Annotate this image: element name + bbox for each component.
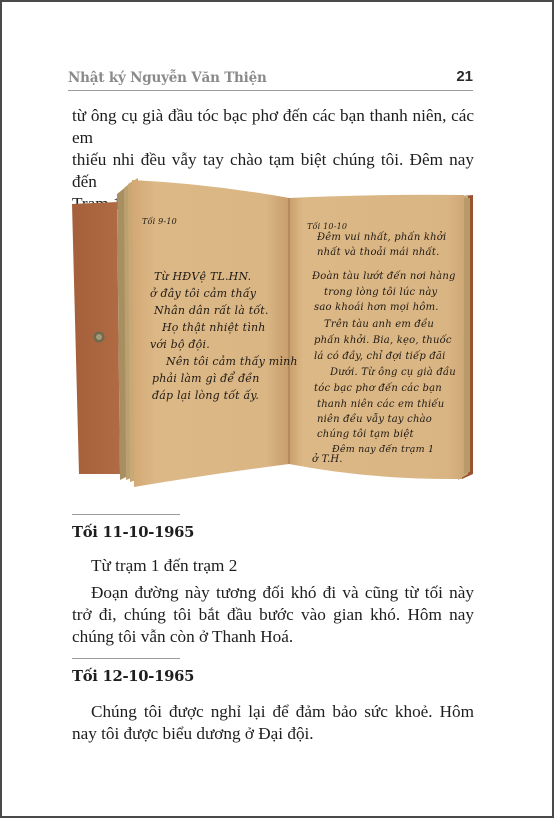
entry-heading: Tối 11-10-1965 — [72, 524, 194, 541]
handwriting-line: Họ thật nhiệt tình — [162, 321, 266, 334]
entry-paragraph: Đoạn đường này tương đối khó đi và cũng … — [72, 582, 474, 648]
page-number: 21 — [456, 68, 473, 85]
handwriting-line: thanh niên các em thiếu — [317, 399, 444, 410]
handwriting-line: nhất và thoải mái nhất. — [317, 247, 439, 258]
handwriting-line: sao khoái hơn mọi hôm. — [314, 302, 439, 313]
entry-heading: Tối 12-10-1965 — [72, 668, 194, 685]
handwriting-line: Nhân dân rất là tốt. — [154, 304, 269, 317]
handwriting-line: Từ HĐVệ TL.HN. — [154, 270, 251, 283]
book-page: Nhật ký Nguyễn Văn Thiện 21 từ ông cụ gi… — [0, 0, 554, 818]
handwriting-line: Đêm nay đến trạm 1 — [332, 444, 434, 455]
handwriting-line: ở đây tôi cảm thấy — [150, 287, 256, 300]
diary-photo: Tối 9-10 Từ HĐVệ TL.HN. ở đây tôi cảm th… — [62, 174, 482, 494]
handwriting-line: Dưới. Từ ông cụ già đầu — [330, 367, 456, 378]
handwriting-line: niên đều vẫy tay chào — [317, 414, 432, 425]
handwriting-line: tóc bạc phơ đến các bạn — [314, 383, 442, 394]
handwriting-line: trong lòng tôi lúc này — [324, 287, 437, 298]
handwriting-line: với bộ đội. — [150, 338, 210, 351]
handwriting-line: phấn khởi. Bia, kẹo, thuốc — [314, 335, 452, 346]
section-divider — [72, 658, 180, 659]
handwriting-line: Nên tôi cảm thấy mình — [166, 355, 298, 368]
section-divider — [72, 514, 180, 515]
handwriting-line: Đêm vui nhất, phấn khởi — [317, 232, 446, 243]
entry-body: Chúng tôi được nghỉ lại để đảm bảo sức k… — [72, 701, 474, 745]
handwriting-line: ở T.H. — [312, 454, 343, 465]
entry-paragraph: Chúng tôi được nghỉ lại để đảm bảo sức k… — [72, 701, 474, 745]
handwriting-line: đáp lại lòng tốt ấy. — [152, 389, 259, 402]
left-page-date: Tối 9-10 — [142, 217, 177, 226]
entry-paragraph: Từ trạm 1 đến trạm 2 — [72, 555, 474, 577]
intro-line: từ ông cụ già đầu tóc bạc phơ đến các bạ… — [72, 105, 474, 149]
handwriting-line: Trên tàu anh em đều — [324, 319, 434, 330]
running-header: Nhật ký Nguyễn Văn Thiện 21 — [68, 68, 473, 91]
handwriting-line: Đoàn tàu lướt đến nơi hàng — [312, 271, 456, 282]
right-page-date: Tối 10-10 — [307, 222, 347, 231]
handwriting-line: lá có đầy, chỉ đợi tiếp đãi — [314, 351, 445, 362]
handwriting-line: phải làm gì để đền — [152, 372, 260, 385]
handwriting-line: chúng tôi tạm biệt — [317, 429, 414, 440]
entry-body: Từ trạm 1 đến trạm 2 Đoạn đường này tươn… — [72, 555, 474, 648]
running-title: Nhật ký Nguyễn Văn Thiện — [68, 70, 267, 86]
